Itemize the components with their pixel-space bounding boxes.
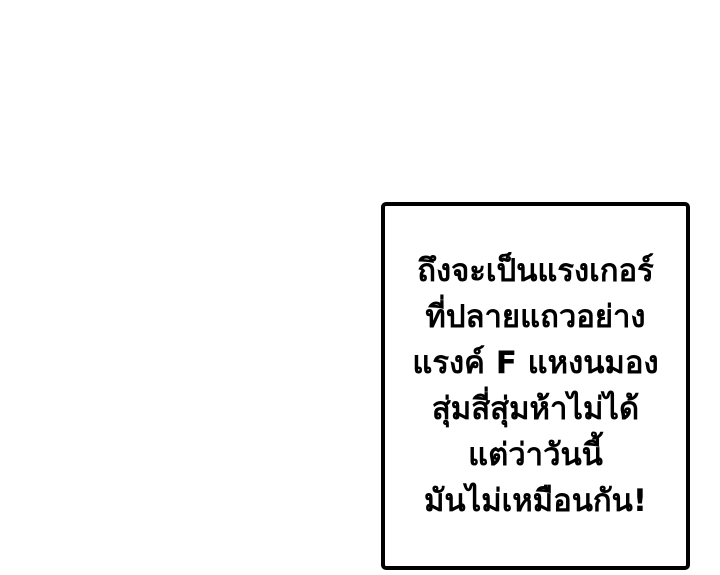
dialog-line-2: ที่ปลายแถวอย่าง [425,294,645,340]
dialog-line-1: ถึงจะเป็นแรงเกอร์ [417,248,654,294]
comic-page: ถึงจะเป็นแรงเกอร์ ที่ปลายแถวอย่าง แรงค์ … [0,0,720,575]
dialog-line-4: สุ่มสี่สุ่มห้าไม่ได้ [432,386,639,432]
dialog-line-6: มันไม่เหมือนกัน! [424,478,647,524]
dialog-line-5: แต่ว่าวันนี้ [468,432,603,478]
dialog-line-3: แรงค์ F แหงนมอง [412,340,658,386]
dialog-box: ถึงจะเป็นแรงเกอร์ ที่ปลายแถวอย่าง แรงค์ … [381,202,690,570]
